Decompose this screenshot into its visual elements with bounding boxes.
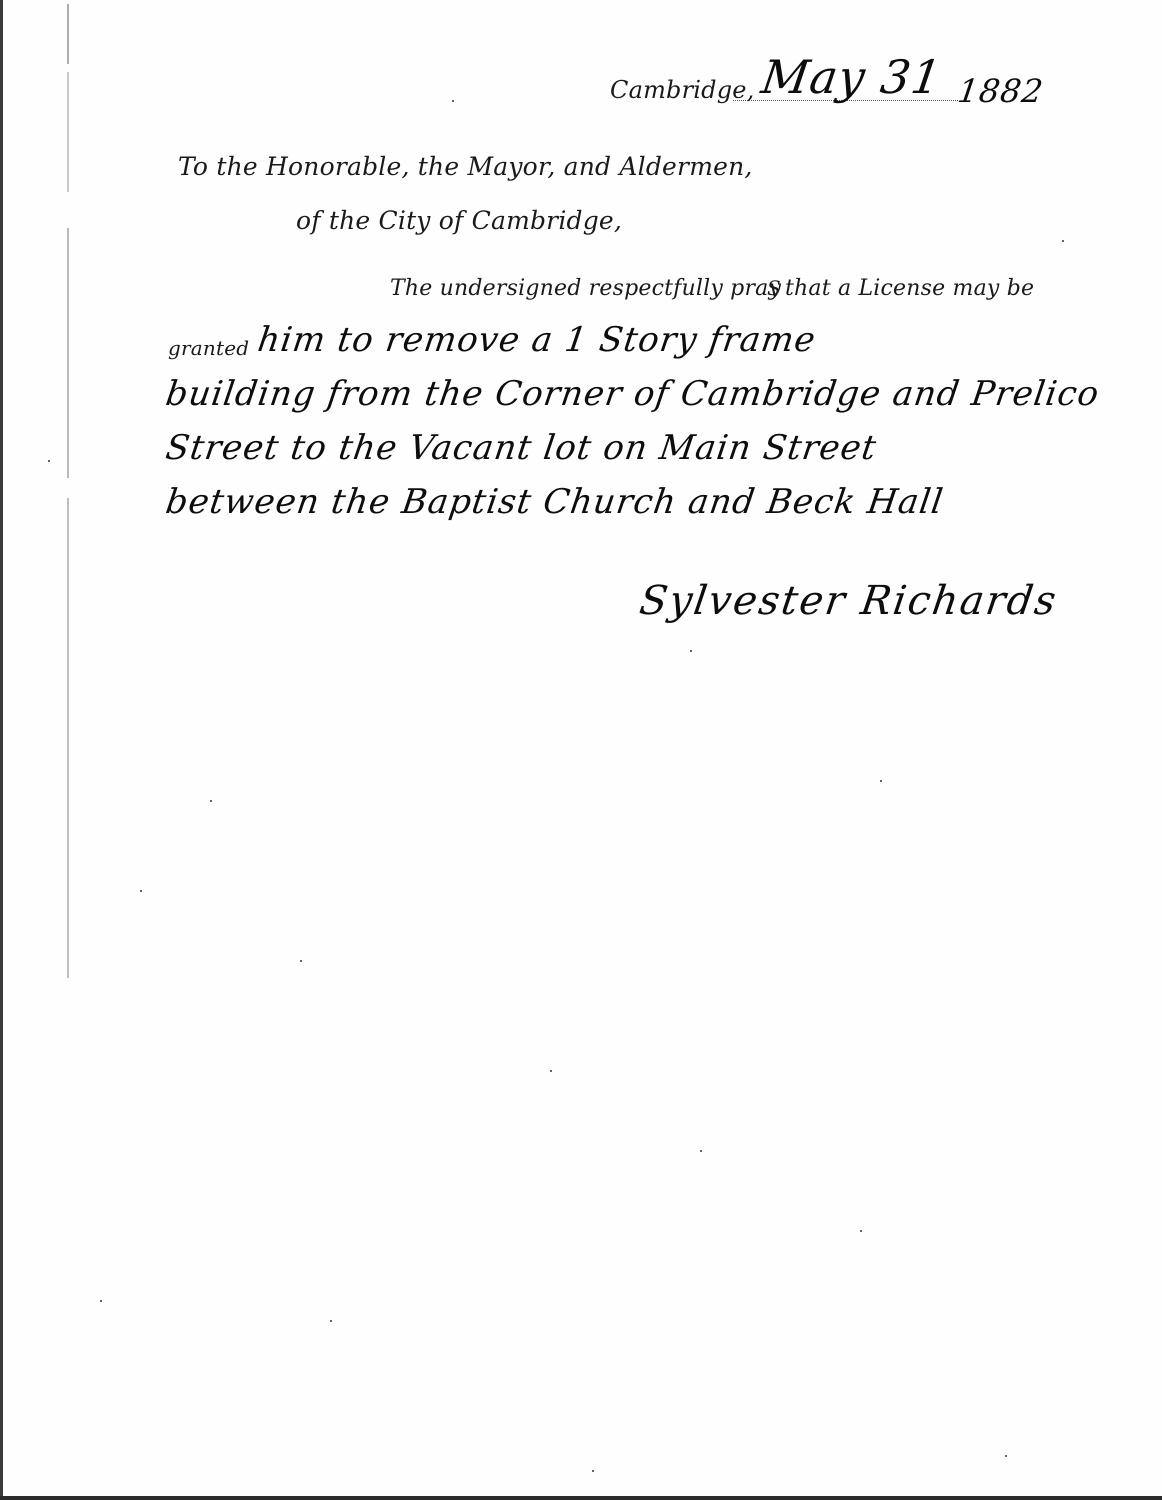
scan-speck (690, 650, 692, 652)
scan-speck (100, 1300, 102, 1302)
body-printed-granted: granted (168, 336, 249, 360)
scan-speck (1005, 1455, 1007, 1457)
scan-speck (700, 1150, 702, 1152)
handwritten-line-4: between the Baptist Church and Beck Hall (163, 482, 946, 522)
signature: Sylvester Richards (637, 578, 1061, 624)
body-printed-text-cont: that a License may be (785, 276, 1034, 301)
date-handwritten: May 31 (758, 50, 945, 104)
handwritten-line-1: him to remove a 1 Story frame (255, 320, 818, 360)
scan-speck (880, 780, 882, 782)
scan-speck (210, 800, 212, 802)
body-printed-text: The undersigned respectfully pray (390, 276, 781, 301)
binding-margin-line (67, 4, 69, 64)
scan-speck (300, 960, 302, 962)
binding-margin-line (67, 228, 69, 478)
scan-speck (330, 1320, 332, 1322)
year-handwritten: 1882 (955, 72, 1046, 110)
scan-bottom-edge (0, 1496, 1162, 1500)
handwritten-line-2: building from the Corner of Cambridge an… (163, 374, 1102, 414)
salutation-line-1: To the Honorable, the Mayor, and Alderme… (178, 152, 753, 181)
scan-speck (48, 460, 50, 462)
scan-speck (550, 1070, 552, 1072)
handwritten-line-3: Street to the Vacant lot on Main Street (163, 428, 879, 468)
binding-margin-line (67, 72, 69, 192)
body-printed-mark: S (767, 276, 781, 300)
scan-speck (592, 1470, 594, 1472)
scan-speck (1062, 240, 1064, 242)
scan-speck (860, 1230, 862, 1232)
binding-margin-line (67, 498, 69, 978)
scan-left-edge (0, 0, 3, 1500)
scan-speck (452, 100, 454, 102)
salutation-line-2: of the City of Cambridge, (296, 206, 622, 235)
scan-speck (140, 890, 142, 892)
scanned-document-page: Cambridge, May 31 1882 To the Honorable,… (0, 0, 1162, 1500)
